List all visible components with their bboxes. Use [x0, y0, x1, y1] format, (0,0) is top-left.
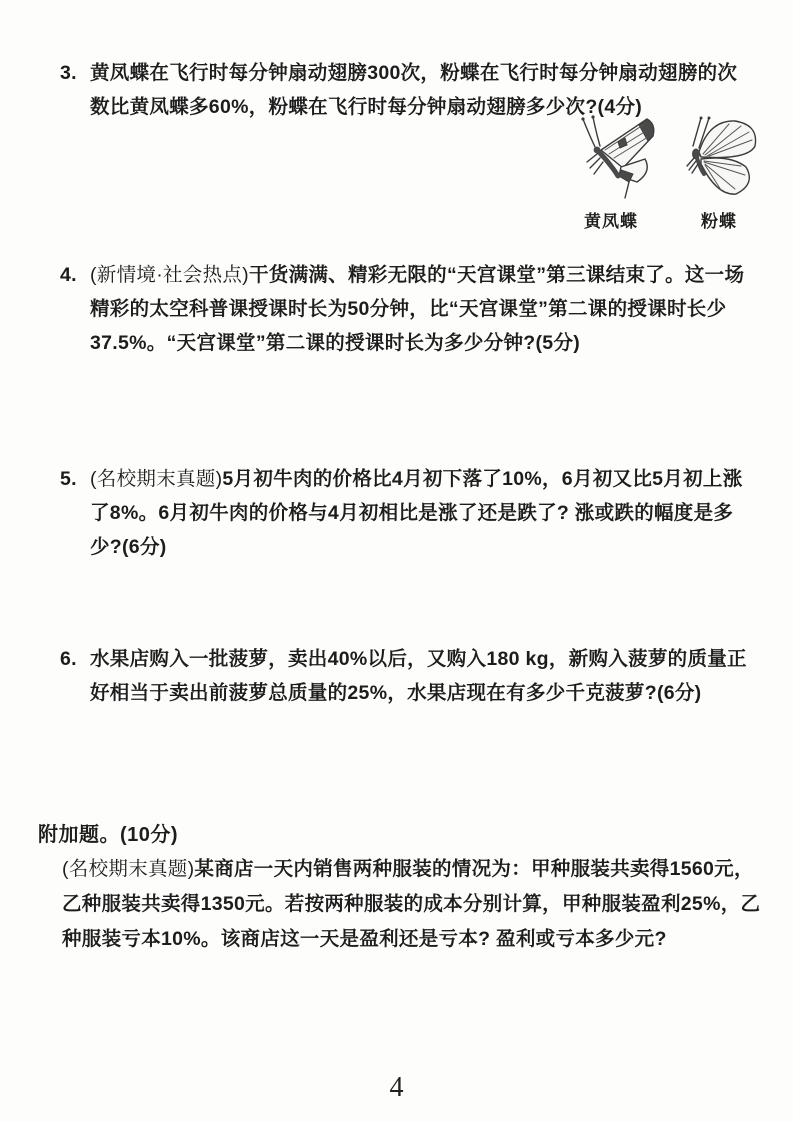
question-6-text: 水果店购入一批菠萝，卖出40%以后，又购入180 kg，新购入菠萝的质量正好相当…	[90, 642, 760, 710]
question-6-body: 水果店购入一批菠萝，卖出40%以后，又购入180 kg，新购入菠萝的质量正好相当…	[90, 648, 747, 704]
pieris-butterfly-label: 粉蝶	[701, 207, 737, 232]
question-5-tag: (名校期末真题)	[90, 468, 222, 490]
question-5: 5. (名校期末真题)5月初牛肉的价格比4月初下落了10%，6月初又比5月初上涨…	[60, 462, 762, 564]
butterfly-figure: 黄凤蝶	[563, 112, 763, 232]
bonus-question-title: 附加题。(10分)	[38, 818, 178, 847]
swallowtail-butterfly-label: 黄凤蝶	[584, 207, 638, 232]
question-5-text: (名校期末真题)5月初牛肉的价格比4月初下落了10%，6月初又比5月初上涨了8%…	[90, 462, 762, 564]
question-3-number: 3.	[60, 56, 90, 124]
page-number: 4	[0, 1072, 793, 1104]
worksheet-page: 3. 黄凤蝶在飞行时每分钟扇动翅膀300次，粉蝶在飞行时每分钟扇动翅膀的次数比黄…	[0, 0, 793, 1122]
question-4-number: 4.	[60, 258, 90, 360]
question-4: 4. (新情境·社会热点)干货满满、精彩无限的“天宫课堂”第三课结束了。这一场精…	[60, 258, 760, 360]
question-3-body: 黄凤蝶在飞行时每分钟扇动翅膀300次，粉蝶在飞行时每分钟扇动翅膀的次数比黄凤蝶多…	[90, 62, 737, 118]
question-6: 6. 水果店购入一批菠萝，卖出40%以后，又购入180 kg，新购入菠萝的质量正…	[60, 642, 760, 710]
question-4-tag: (新情境·社会热点)	[90, 264, 249, 286]
bonus-question-text: (名校期末真题)某商店一天内销售两种服装的情况为：甲种服装共卖得1560元，乙种…	[62, 852, 762, 957]
question-5-number: 5.	[60, 462, 90, 564]
swallowtail-butterfly-icon	[563, 112, 659, 204]
pieris-butterfly: 粉蝶	[675, 112, 763, 232]
bonus-question-tag: (名校期末真题)	[62, 858, 194, 880]
question-6-number: 6.	[60, 642, 90, 710]
question-4-text: (新情境·社会热点)干货满满、精彩无限的“天宫课堂”第三课结束了。这一场精彩的太…	[90, 258, 760, 360]
swallowtail-butterfly: 黄凤蝶	[563, 112, 659, 232]
pieris-butterfly-icon	[675, 112, 763, 204]
